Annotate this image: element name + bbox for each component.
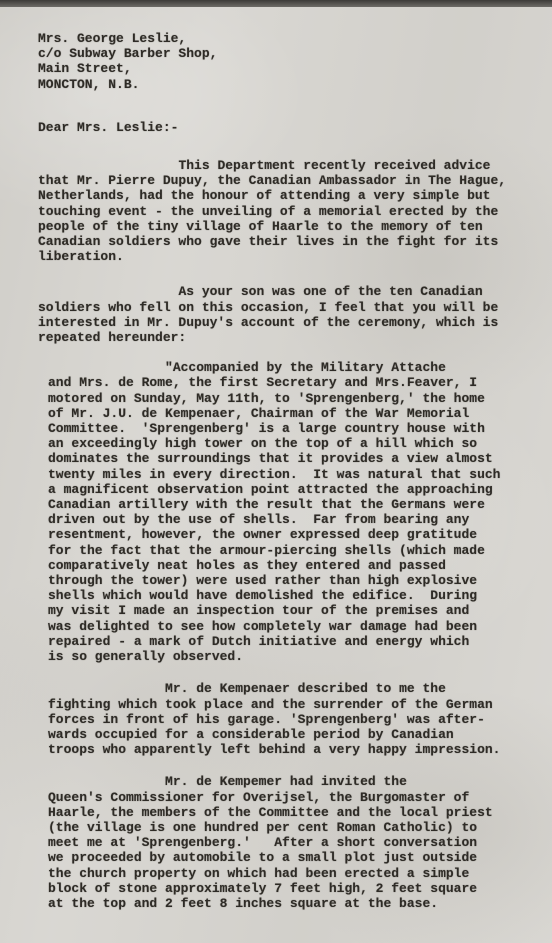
scan-edge-artifact: [0, 0, 552, 7]
paragraph-quote-fighting: Mr. de Kempenaer described to me the fig…: [48, 681, 538, 757]
paragraph-quote-memorial-stone: Mr. de Kempemer had invited the Queen's …: [48, 774, 538, 911]
letter-body: This Department recently received advice…: [38, 158, 538, 911]
paragraph-quote-sprengenberg: "Accompanied by the Military Attache and…: [48, 360, 538, 664]
paragraph-intro: This Department recently received advice…: [38, 158, 538, 264]
letter-document: Mrs. George Leslie, c/o Subway Barber Sh…: [0, 0, 552, 943]
recipient-address-block: Mrs. George Leslie, c/o Subway Barber Sh…: [38, 31, 217, 92]
salutation: Dear Mrs. Leslie:-: [38, 120, 178, 135]
paragraph-son-reference: As your son was one of the ten Canadian …: [38, 284, 538, 345]
